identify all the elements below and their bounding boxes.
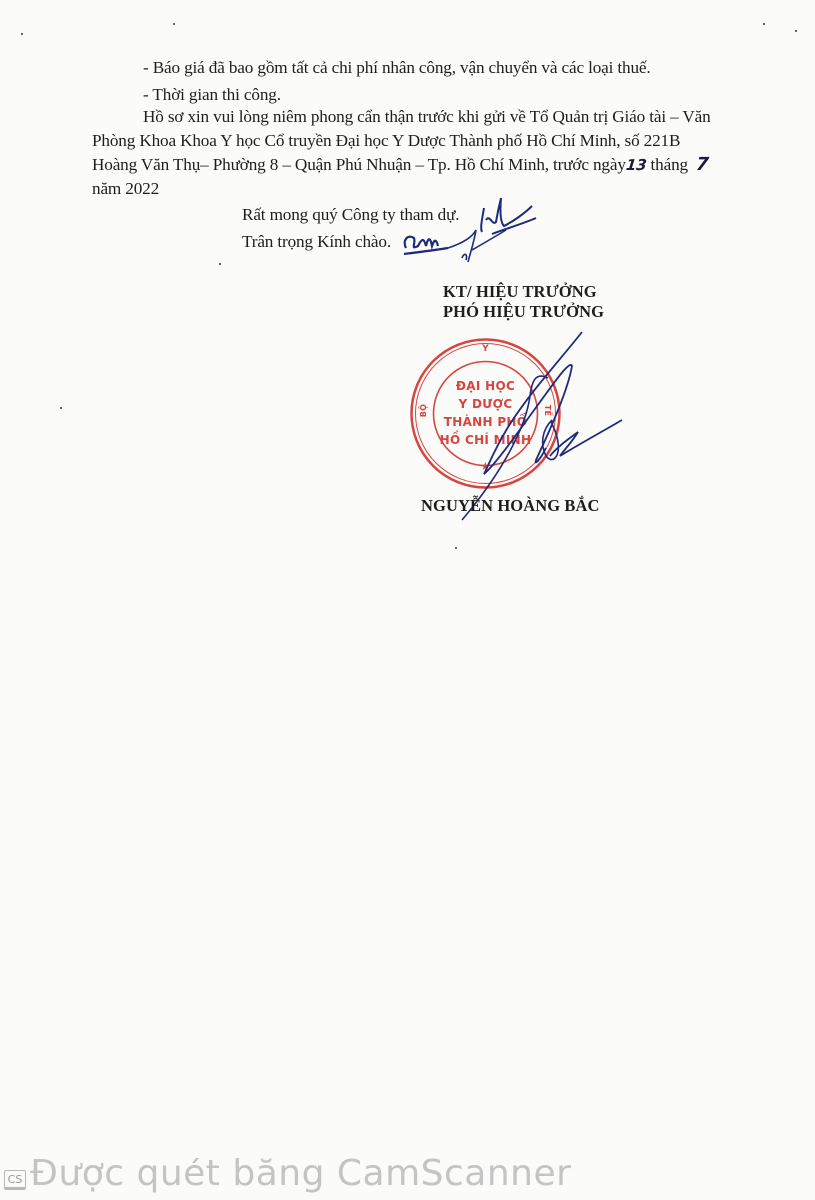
- bullet-price-included: - Báo giá đã bao gồm tất cả chi phí nhân…: [143, 58, 651, 78]
- paragraph-line-2: Phòng Khoa Khoa Y học Cổ truyền Đại học …: [92, 131, 680, 151]
- scan-speck: [795, 30, 797, 32]
- seal-line-3: THÀNH PHỐ: [408, 415, 563, 429]
- seal-star-icon: ★: [408, 460, 563, 473]
- month-label: tháng: [651, 155, 688, 174]
- signer-name: NGUYỄN HOÀNG BẮC: [421, 496, 600, 516]
- scan-speck: [455, 547, 457, 549]
- paragraph-line-1: Hồ sơ xin vui lòng niêm phong cẩn thận t…: [143, 107, 711, 127]
- scan-speck: [763, 23, 765, 25]
- initial-signature-icon: [400, 188, 540, 278]
- camscanner-text: Được quét bằng CamScanner: [30, 1158, 571, 1196]
- paragraph-line-4: năm 2022: [92, 179, 159, 199]
- signer-title-1: KT/ HIỆU TRƯỞNG: [443, 282, 597, 302]
- handwritten-day: 13: [625, 155, 648, 175]
- paragraph-line-3-text: Hoàng Văn Thụ– Phường 8 – Quận Phú Nhuận…: [92, 155, 626, 174]
- bullet-construction-time: - Thời gian thi công.: [143, 85, 281, 105]
- seal-line-2: Y DƯỢC: [408, 397, 563, 411]
- handwritten-month: 7: [695, 155, 709, 175]
- scan-speck: [219, 263, 221, 265]
- paragraph-line-3: Hoàng Văn Thụ– Phường 8 – Quận Phú Nhuận…: [92, 155, 709, 175]
- seal-line-4: HỒ CHÍ MINH: [408, 433, 563, 447]
- closing-line-1: Rất mong quý Công ty tham dự.: [242, 205, 459, 225]
- camscanner-logo-icon: CS: [4, 1170, 26, 1190]
- scan-speck: [21, 33, 23, 35]
- scan-speck: [173, 23, 175, 25]
- camscanner-watermark: CS Được quét bằng CamScanner: [4, 1158, 571, 1200]
- seal-top-letter: Y: [408, 344, 563, 354]
- scanned-document-page: - Báo giá đã bao gồm tất cả chi phí nhân…: [0, 0, 815, 1200]
- seal-line-1: ĐẠI HỌC: [408, 379, 563, 393]
- official-seal: Y BỘ TẾ ĐẠI HỌC Y DƯỢC THÀNH PHỐ HỒ CHÍ …: [408, 336, 563, 491]
- closing-line-2: Trân trọng Kính chào.: [242, 232, 391, 252]
- scan-speck: [60, 407, 62, 409]
- signer-title-2: PHÓ HIỆU TRƯỞNG: [443, 302, 604, 322]
